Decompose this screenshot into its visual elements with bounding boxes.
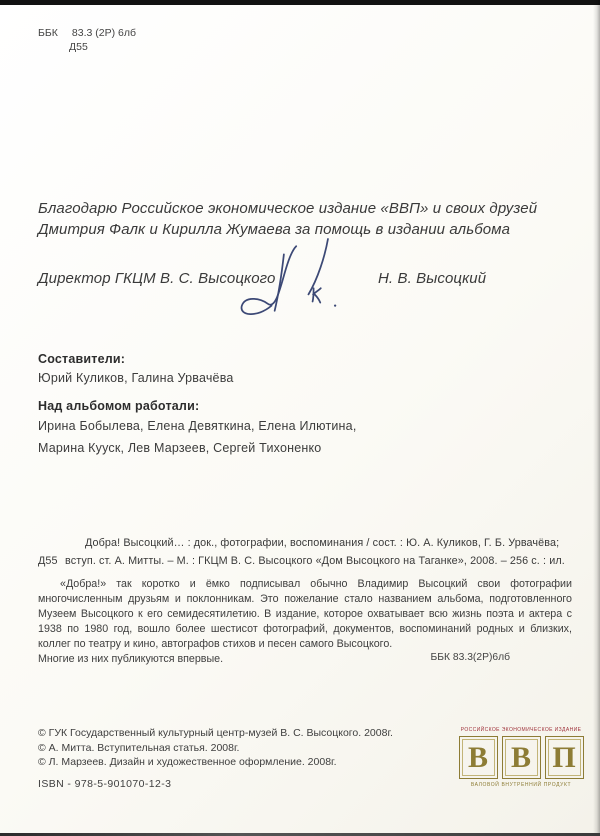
logo-box-2: В: [502, 736, 541, 779]
compilers-heading: Составители:: [38, 352, 125, 366]
logo-box-1: В: [459, 736, 498, 779]
copyright-line-mitta: © А. Митта. Вступительная статья. 2008г.: [38, 741, 393, 756]
team-names-line2: Марина Кууск, Лев Марзеев, Сергей Тихоне…: [38, 441, 321, 455]
copyright-block: © ГУК Государственный культурный центр-м…: [38, 726, 393, 770]
compilers-names: Юрий Куликов, Галина Урвачёва: [38, 371, 234, 385]
scan-edge-right: [593, 0, 600, 836]
team-heading: Над альбомом работали:: [38, 399, 199, 413]
copyright-line-museum: © ГУК Государственный культурный центр-м…: [38, 726, 393, 741]
copyright-line-marzeev: © Л. Марзеев. Дизайн и художественное оф…: [38, 755, 393, 770]
bbk-number: 83.3 (2Р) 6лб: [72, 26, 136, 40]
bbk-author-index: Д55: [38, 40, 136, 54]
logo-letter-p: П: [552, 743, 575, 773]
director-name: Н. В. Высоцкий: [378, 270, 486, 287]
book-imprint-page: ББК 83.3 (2Р) 6лб Д55 Благодарю Российск…: [0, 0, 600, 836]
acknowledgment-text: Благодарю Российское экономическое издан…: [38, 198, 573, 240]
logo-bottom-caption: ВАЛОВОЙ ВНУТРЕННИЙ ПРОДУКТ: [454, 782, 588, 789]
bbk-classification-header: ББК 83.3 (2Р) 6лб Д55: [38, 26, 136, 54]
vvp-publisher-logo: РОССИЙСКОЕ ЭКОНОМИЧЕСКОЕ ИЗДАНИЕ В В П В…: [454, 727, 588, 789]
bbk-label: ББК: [38, 26, 58, 40]
logo-letter-boxes: В В П: [454, 736, 588, 779]
handwritten-signature: [230, 238, 348, 320]
isbn-line: ISBN - 978-5-901070-12-3: [38, 778, 171, 790]
catalog-author-index: Д55: [38, 555, 58, 567]
catalog-entry-line2: вступ. ст. А. Митты. – М. : ГКЦМ В. С. В…: [65, 555, 575, 567]
team-names-line1: Ирина Бобылева, Елена Девяткина, Елена И…: [38, 419, 357, 433]
bbk-classification-bottom: ББК 83.3(2Р)6лб: [431, 652, 511, 663]
annotation-paragraph: «Добра!» так коротко и ёмко подписывал о…: [38, 577, 572, 652]
logo-top-caption: РОССИЙСКОЕ ЭКОНОМИЧЕСКОЕ ИЗДАНИЕ: [454, 727, 588, 734]
catalog-entry-line1: Добра! Высоцкий… : док., фотографии, вос…: [85, 537, 575, 549]
logo-letter-v2: В: [511, 743, 531, 773]
logo-letter-v1: В: [468, 743, 488, 773]
logo-box-3: П: [545, 736, 584, 779]
scan-edge-top: [0, 0, 600, 5]
